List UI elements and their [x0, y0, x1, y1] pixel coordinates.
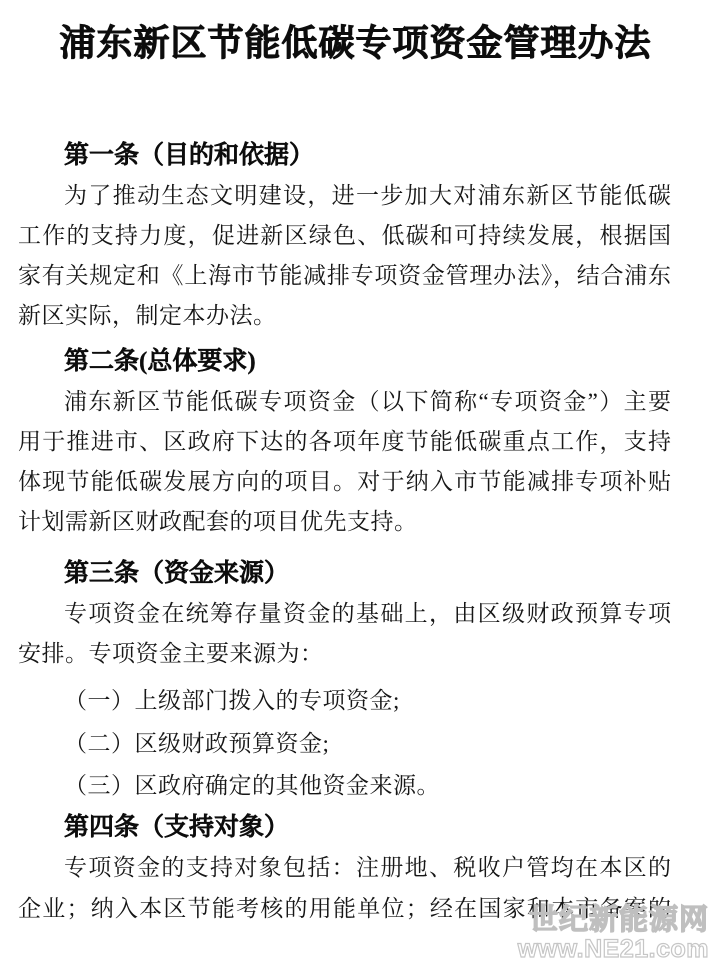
- document-page: 浦东新区节能低碳专项资金管理办法 第一条（目的和依据）为了推动生态文明建设，进一…: [0, 0, 711, 968]
- body-line: 新区实际，制定本办法。: [18, 296, 671, 336]
- document-body: 第一条（目的和依据）为了推动生态文明建设，进一步加大对浦东新区节能低碳工作的支持…: [18, 136, 671, 929]
- body-line: 专项资金的支持对象包括：注册地、税收户管均在本区的: [18, 848, 671, 888]
- body-line: 用于推进市、区政府下达的各项年度节能低碳重点工作，支持: [18, 422, 671, 462]
- body-line: 家有关规定和《上海市节能减排专项资金管理办法》，结合浦东: [18, 256, 671, 296]
- body-line: 专项资金在统筹存量资金的基础上，由区级财政预算专项: [18, 594, 671, 634]
- body-line: 浦东新区节能低碳专项资金（以下简称“专项资金”）主要: [18, 382, 671, 422]
- body-line: （二）区级财政预算资金;: [18, 724, 671, 764]
- article-heading: 第二条(总体要求): [18, 342, 671, 382]
- body-line: 计划需新区财政配套的项目优先支持。: [18, 502, 671, 542]
- body-line: 企业；纳入本区节能考核的用能单位；经在国家和本市备案的: [18, 889, 671, 929]
- article-heading: 第一条（目的和依据）: [18, 136, 671, 176]
- body-line: （三）区政府确定的其他资金来源。: [18, 766, 671, 806]
- article-heading: 第四条（支持对象）: [18, 808, 671, 848]
- body-line: 工作的支持力度，促进新区绿色、低碳和可持续发展，根据国: [18, 216, 671, 256]
- body-line: 安排。专项资金主要来源为：: [18, 634, 671, 674]
- watermark-url: www.NE21.com: [518, 936, 709, 962]
- body-line: 为了推动生态文明建设，进一步加大对浦东新区节能低碳: [18, 176, 671, 216]
- document-title: 浦东新区节能低碳专项资金管理办法: [0, 0, 711, 66]
- body-line: 体现节能低碳发展方向的项目。对于纳入市节能减排专项补贴: [18, 462, 671, 502]
- article-heading: 第三条（资金来源）: [18, 554, 671, 594]
- body-line: （一）上级部门拨入的专项资金;: [18, 681, 671, 721]
